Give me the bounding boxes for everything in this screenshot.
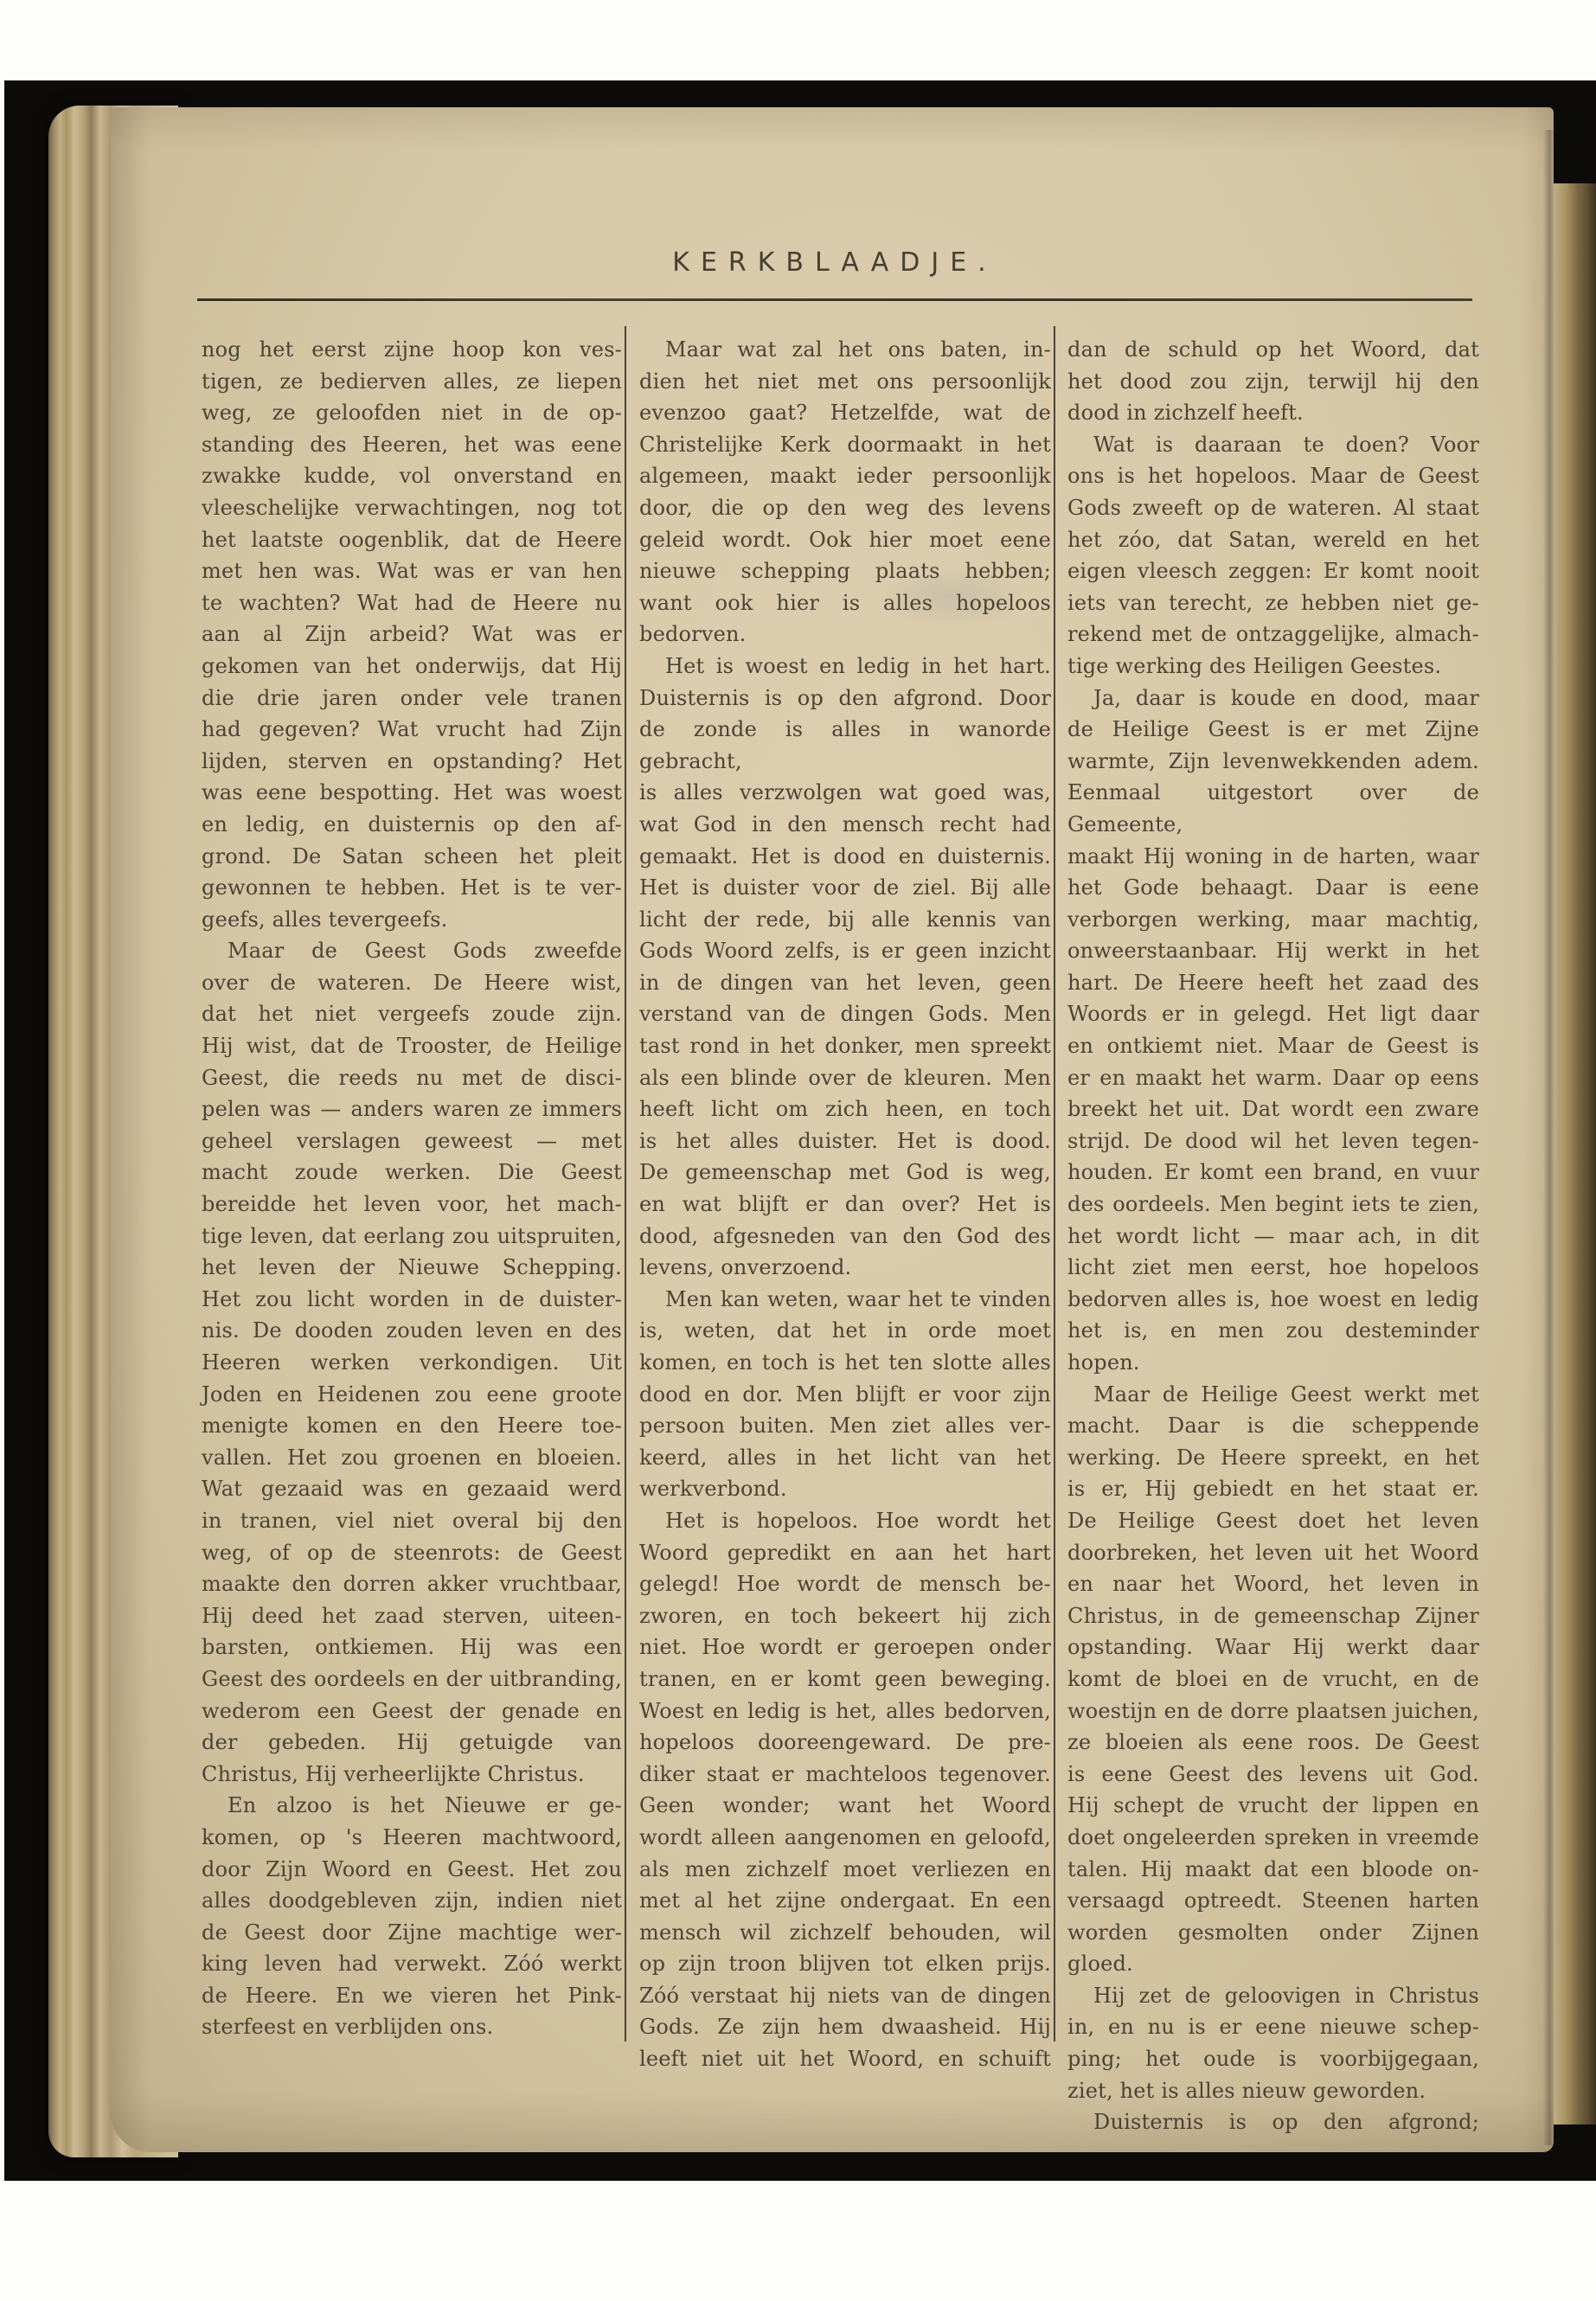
text-line: geleid wordt. Ook hier moet eene bbox=[639, 524, 1051, 556]
text-line: standing des Heeren, het was eene bbox=[202, 429, 622, 461]
text-line: komen, op 's Heeren machtwoord, bbox=[202, 1822, 622, 1854]
text-line: Geest des oordeels en der uitbranding, bbox=[202, 1663, 622, 1695]
text-line: gewonnen te hebben. Het is te ver- bbox=[202, 872, 622, 904]
text-line: niet. Hoe wordt er geroepen onder bbox=[639, 1631, 1051, 1663]
text-line: Hij schept de vrucht der lippen en bbox=[1067, 1790, 1479, 1822]
text-line: de Heilige Geest is er met Zijne bbox=[1067, 714, 1479, 746]
text-line: hart. De Heere heeft het zaad des bbox=[1067, 967, 1479, 999]
text-line: geheel verslagen geweest — met bbox=[202, 1125, 622, 1157]
text-line: heeft licht om zich heen, en toch bbox=[639, 1093, 1051, 1125]
text-line: is eene Geest des levens uit God. bbox=[1067, 1759, 1479, 1791]
text-line: Het is woest en ledig in het hart. bbox=[639, 651, 1051, 683]
text-line: sterfeest en verblijden ons. bbox=[202, 2011, 622, 2043]
text-line: bereidde het leven voor, het mach- bbox=[202, 1189, 622, 1221]
text-line: En alzoo is het Nieuwe er ge- bbox=[202, 1790, 622, 1822]
text-line: het dood zou zijn, terwijl hij den bbox=[1067, 366, 1479, 398]
text-line: macht zoude werken. Die Geest bbox=[202, 1157, 622, 1189]
page-fold-edge bbox=[1554, 183, 1596, 2125]
text-line: Gods. Ze zijn hem dwaasheid. Hij bbox=[639, 2011, 1051, 2043]
text-line: en ontkiemt niet. Maar de Geest is bbox=[1067, 1030, 1479, 1062]
text-line: Het is hopeloos. Hoe wordt het bbox=[639, 1505, 1051, 1537]
text-line: Maar wat zal het ons baten, in- bbox=[639, 334, 1051, 366]
text-line: gemaakt. Het is dood en duisternis. bbox=[639, 841, 1051, 873]
text-line: nis. De dooden zouden leven en des bbox=[202, 1315, 622, 1347]
text-line: king leven had verwekt. Zóó werkt bbox=[202, 1948, 622, 1980]
text-line: Ja, daar is koude en dood, maar bbox=[1067, 683, 1479, 715]
text-line: De Heilige Geest doet het leven bbox=[1067, 1505, 1479, 1537]
text-line: licht der rede, bij alle kennis van bbox=[639, 904, 1051, 936]
text-line: dood, afgesneden van den God des bbox=[639, 1221, 1051, 1253]
text-line: hopeloos dooreengeward. De pre- bbox=[639, 1727, 1051, 1759]
text-line: opstanding. Waar Hij werkt daar bbox=[1067, 1631, 1479, 1663]
text-line: Christus, in de gemeenschap Zijner bbox=[1067, 1600, 1479, 1632]
text-line: wat God in den mensch recht had bbox=[639, 809, 1051, 841]
text-line: rekend met de ontzaggelijke, almach- bbox=[1067, 619, 1479, 651]
text-line: Gods Woord zelfs, is er geen inzicht bbox=[639, 935, 1051, 967]
text-line: Gods zweeft op de wateren. Al staat bbox=[1067, 492, 1479, 524]
text-line: gekomen van het onderwijs, dat Hij bbox=[202, 651, 622, 683]
text-line: keerd, alles in het licht van het bbox=[639, 1442, 1051, 1474]
text-line: komt de bloei en de vrucht, en de bbox=[1067, 1663, 1479, 1695]
text-line: werkverbond. bbox=[639, 1473, 1051, 1505]
text-line: iets van terecht, ze hebben niet ge- bbox=[1067, 587, 1479, 619]
text-line: met al het zijne ondergaat. En een bbox=[639, 1885, 1051, 1917]
text-line: persoon buiten. Men ziet alles ver- bbox=[639, 1410, 1051, 1442]
text-column-1: nog het eerst zijne hoop kon ves-tigen, … bbox=[202, 334, 622, 2043]
text-line: Maar de Geest Gods zweefde bbox=[202, 935, 622, 967]
text-line: in de dingen van het leven, geen bbox=[639, 967, 1051, 999]
text-line: bedorven alles is, hoe woest en ledig bbox=[1067, 1284, 1479, 1316]
text-line: dan de schuld op het Woord, dat bbox=[1067, 334, 1479, 366]
text-line: Hij zet de geloovigen in Christus bbox=[1067, 1980, 1479, 2012]
text-line: gelegd! Hoe wordt de mensch be- bbox=[639, 1568, 1051, 1600]
text-line: het zóo, dat Satan, wereld en het bbox=[1067, 524, 1479, 556]
text-line: mensch wil zichzelf behouden, wil bbox=[639, 1917, 1051, 1949]
text-line: Woest en ledig is het, alles bedorven, bbox=[639, 1695, 1051, 1727]
text-line: door Zijn Woord en Geest. Het zou bbox=[202, 1854, 622, 1886]
text-line: is er, Hij gebiedt en het staat er. bbox=[1067, 1473, 1479, 1505]
text-line: ons is het hopeloos. Maar de Geest bbox=[1067, 460, 1479, 492]
text-line: bedorven. bbox=[639, 619, 1051, 651]
text-line: weg, of op de steenrots: de Geest bbox=[202, 1537, 622, 1569]
text-line: had gegeven? Wat vrucht had Zijn bbox=[202, 714, 622, 746]
text-line: aan al Zijn arbeid? Wat was er bbox=[202, 619, 622, 651]
text-line: op zijn troon blijven tot elken prijs. bbox=[639, 1948, 1051, 1980]
text-line: was eene bespotting. Het was woest bbox=[202, 777, 622, 809]
text-line: want ook hier is alles hopeloos bbox=[639, 587, 1051, 619]
text-line: wordt alleen aangenomen en geloofd, bbox=[639, 1822, 1051, 1854]
text-line: vallen. Het zou groenen en bloeien. bbox=[202, 1442, 622, 1474]
text-line: is alles verzwolgen wat goed was, bbox=[639, 777, 1051, 809]
text-line: ziet, het is alles nieuw geworden. bbox=[1067, 2075, 1479, 2107]
text-line: verstand van de dingen Gods. Men bbox=[639, 998, 1051, 1030]
text-line: menigte komen en den Heere toe- bbox=[202, 1410, 622, 1442]
text-line: de zonde is alles in wanorde gebracht, bbox=[639, 714, 1051, 777]
text-line: tige leven, dat eerlang zou uitspruiten, bbox=[202, 1221, 622, 1253]
column-divider-1 bbox=[625, 326, 626, 2041]
text-line: met hen was. Wat was er van hen bbox=[202, 555, 622, 587]
text-line: weg, ze geloofden niet in de op- bbox=[202, 397, 622, 429]
text-line: versaagd optreedt. Steenen harten bbox=[1067, 1885, 1479, 1917]
text-line: barsten, ontkiemen. Hij was een bbox=[202, 1631, 622, 1663]
text-column-2: Maar wat zal het ons baten, in-dien het … bbox=[639, 334, 1051, 2075]
text-line: de Heere. En we vieren het Pink- bbox=[202, 1980, 622, 2012]
text-line: doet ongeleerden spreken in vreemde bbox=[1067, 1822, 1479, 1854]
text-line: diker staat er machteloos tegenover. bbox=[639, 1759, 1051, 1791]
text-line: strijd. De dood wil het leven tegen- bbox=[1067, 1125, 1479, 1157]
text-line: Het zou licht worden in de duister- bbox=[202, 1284, 622, 1316]
text-line: in, en nu is er eene nieuwe schep- bbox=[1067, 2011, 1479, 2043]
text-line: en ledig, en duisternis op den af- bbox=[202, 809, 622, 841]
text-line: Joden en Heidenen zou eene groote bbox=[202, 1379, 622, 1411]
text-line: als men zichzelf moet verliezen en bbox=[639, 1854, 1051, 1886]
text-line: maakt Hij woning in de harten, waar bbox=[1067, 841, 1479, 873]
text-line: het Gode behaagt. Daar is eene bbox=[1067, 872, 1479, 904]
text-line: er en maakt het warm. Daar op eens bbox=[1067, 1062, 1479, 1094]
text-line: zworen, en toch bekeert hij zich bbox=[639, 1600, 1051, 1632]
text-line: dood in zichzelf heeft. bbox=[1067, 397, 1479, 429]
page-fold-crease bbox=[1543, 130, 1554, 2145]
text-line: ze bloeien als eene roos. De Geest bbox=[1067, 1727, 1479, 1759]
text-line: nieuwe schepping plaats hebben; bbox=[639, 555, 1051, 587]
masthead-title: KERKBLAADJE. bbox=[199, 247, 1471, 278]
text-line: Geest, die reeds nu met de disci- bbox=[202, 1062, 622, 1094]
text-line: door, die op den weg des levens bbox=[639, 492, 1051, 524]
text-line: talen. Hij maakt dat een bloode on- bbox=[1067, 1854, 1479, 1886]
text-line: Wat gezaaid was en gezaaid werd bbox=[202, 1473, 622, 1505]
text-line: worden gesmolten onder Zijnen gloed. bbox=[1067, 1917, 1479, 1980]
column-divider-2 bbox=[1054, 326, 1055, 2041]
masthead-rule bbox=[197, 298, 1472, 301]
text-line: in tranen, viel niet overal bij den bbox=[202, 1505, 622, 1537]
text-line: is, weten, dat het in orde moet bbox=[639, 1315, 1051, 1347]
text-line: Hij wist, dat de Trooster, de Heilige bbox=[202, 1030, 622, 1062]
text-line: Hij deed het zaad sterven, uiteen- bbox=[202, 1600, 622, 1632]
text-line: Woords er in gelegd. Het ligt daar bbox=[1067, 998, 1479, 1030]
text-line: tranen, en er komt geen beweging. bbox=[639, 1663, 1051, 1695]
text-line: Men kan weten, waar het te vinden bbox=[639, 1284, 1051, 1316]
text-line: Christus, Hij verheerlijkte Christus. bbox=[202, 1759, 622, 1791]
text-line: breekt het uit. Dat wordt een zware bbox=[1067, 1093, 1479, 1125]
text-line: houden. Er komt een brand, en vuur bbox=[1067, 1157, 1479, 1189]
text-line: wederom een Geest der genade en bbox=[202, 1695, 622, 1727]
text-line: Christelijke Kerk doormaakt in het bbox=[639, 429, 1051, 461]
text-line: Woord gepredikt en aan het hart bbox=[639, 1537, 1051, 1569]
text-line: Zóó verstaat hij niets van de dingen bbox=[639, 1980, 1051, 2012]
text-line: tast rond in het donker, men spreekt bbox=[639, 1030, 1051, 1062]
text-line: doorbreken, het leven uit het Woord bbox=[1067, 1537, 1479, 1569]
text-line: grond. De Satan scheen het pleit bbox=[202, 841, 622, 873]
text-line: Maar de Heilige Geest werkt met bbox=[1067, 1379, 1479, 1411]
text-line: en naar het Woord, het leven in bbox=[1067, 1568, 1479, 1600]
text-line: Geen wonder; want het Woord bbox=[639, 1790, 1051, 1822]
text-line: dien het niet met ons persoonlijk bbox=[639, 366, 1051, 398]
text-line: eigen vleesch zeggen: Er komt nooit bbox=[1067, 555, 1479, 587]
text-line: te wachten? Wat had de Heere nu bbox=[202, 587, 622, 619]
text-line: vleeschelijke verwachtingen, nog tot bbox=[202, 492, 622, 524]
text-line: ping; het oude is voorbijgegaan, bbox=[1067, 2043, 1479, 2075]
text-line: des oordeels. Men begint iets te zien, bbox=[1067, 1189, 1479, 1221]
text-line: evenzoo gaat? Hetzelfde, wat de bbox=[639, 397, 1051, 429]
text-line: nog het eerst zijne hoop kon ves- bbox=[202, 334, 622, 366]
text-line: Het is duister voor de ziel. Bij alle bbox=[639, 872, 1051, 904]
text-line: warmte, Zijn levenwekkenden adem. bbox=[1067, 746, 1479, 778]
text-line: De gemeenschap met God is weg, bbox=[639, 1157, 1051, 1189]
text-line: woestijn en de dorre plaatsen juichen, bbox=[1067, 1695, 1479, 1727]
text-line: leeft niet uit het Woord, en schuift bbox=[639, 2043, 1051, 2075]
text-line: Eenmaal uitgestort over de Gemeente, bbox=[1067, 777, 1479, 840]
text-line: Duisternis is op den afgrond. Door bbox=[639, 683, 1051, 715]
text-line: maakte den dorren akker vruchtbaar, bbox=[202, 1568, 622, 1600]
text-line: verborgen werking, maar machtig, bbox=[1067, 904, 1479, 936]
text-line: alles doodgebleven zijn, indien niet bbox=[202, 1885, 622, 1917]
text-line: pelen was — anders waren ze immers bbox=[202, 1093, 622, 1125]
text-line: lijden, sterven en opstanding? Het bbox=[202, 746, 622, 778]
text-line: tige werking des Heiligen Geestes. bbox=[1067, 651, 1479, 683]
text-line: over de wateren. De Heere wist, bbox=[202, 967, 622, 999]
text-line: dood en dor. Men blijft er voor zijn bbox=[639, 1379, 1051, 1411]
text-line: die drie jaren onder vele tranen bbox=[202, 683, 622, 715]
text-line: de Geest door Zijne machtige wer- bbox=[202, 1917, 622, 1949]
text-line: algemeen, maakt ieder persoonlijk bbox=[639, 460, 1051, 492]
text-line: levens, onverzoend. bbox=[639, 1252, 1051, 1284]
text-column-3: dan de schuld op het Woord, dathet dood … bbox=[1067, 334, 1479, 2138]
text-line: als een blinde over de kleuren. Men bbox=[639, 1062, 1051, 1094]
text-line: der gebeden. Hij getuigde van bbox=[202, 1727, 622, 1759]
text-line: werking. De Heere spreekt, en het bbox=[1067, 1442, 1479, 1474]
text-line: komen, en toch is het ten slotte alles bbox=[639, 1347, 1051, 1379]
text-line: tigen, ze bedierven alles, ze liepen bbox=[202, 366, 622, 398]
text-line: dat het niet vergeefs zoude zijn. bbox=[202, 998, 622, 1030]
text-line: is het alles duister. Het is dood. bbox=[639, 1125, 1051, 1157]
text-line: en wat blijft er dan over? Het is bbox=[639, 1189, 1051, 1221]
text-line: het laatste oogenblik, dat de Heere bbox=[202, 524, 622, 556]
text-line: licht ziet men eerst, hoe hopeloos bbox=[1067, 1252, 1479, 1284]
text-line: macht. Daar is die scheppende bbox=[1067, 1410, 1479, 1442]
text-line: Heeren werken verkondigen. Uit bbox=[202, 1347, 622, 1379]
text-line: het wordt licht — maar ach, in dit bbox=[1067, 1221, 1479, 1253]
text-line: Wat is daaraan te doen? Voor bbox=[1067, 429, 1479, 461]
text-line: zwakke kudde, vol onverstand en bbox=[202, 460, 622, 492]
text-line: Duisternis is op den afgrond; bbox=[1067, 2106, 1479, 2138]
text-line: het leven der Nieuwe Schepping. bbox=[202, 1252, 622, 1284]
text-line: geefs, alles tevergeefs. bbox=[202, 904, 622, 936]
text-line: het is, en men zou desteminder hopen. bbox=[1067, 1315, 1479, 1378]
text-line: onweerstaanbaar. Hij werkt in het bbox=[1067, 935, 1479, 967]
